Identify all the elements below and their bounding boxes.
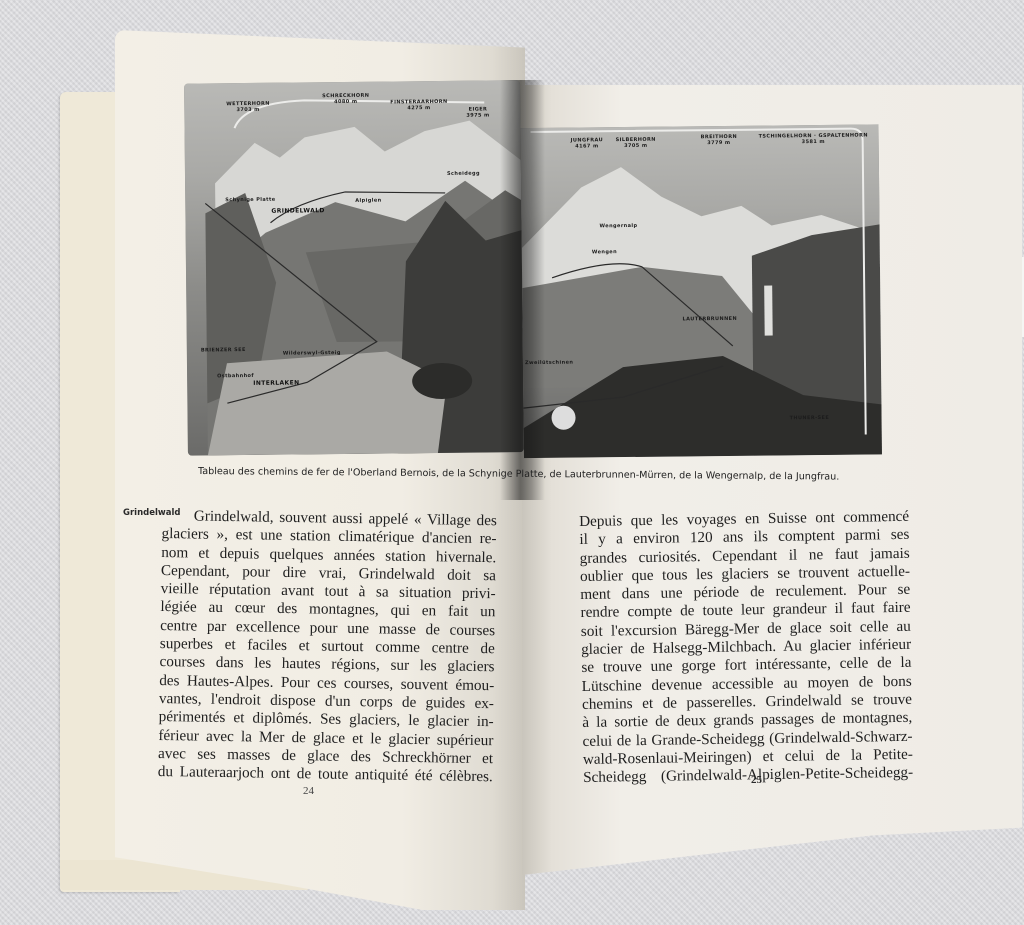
peak-label-jungfrau: JUNGFRAU4167 m [571,137,604,149]
peak-label-finsteraarhorn: FINSTERAARHORN4275 m [390,99,448,112]
peak-label-eiger: EIGER3975 m [466,106,489,118]
panorama-left-half: WETTERHORN3703 m SCHRECKHORN4080 m FINST… [184,80,524,455]
place-label-lauterbrunnen: LAUTERBRUNNEN [682,316,737,323]
peak-label-breithorn: BREITHORN3779 m [701,134,738,146]
left-page-body: Grindelwald, souvent aussi appelé « Vill… [158,507,497,787]
place-label-schynige-platte: Schynige Platte [225,197,275,204]
page-number-left: 24 [303,785,314,797]
peak-label-tschingelhorn: TSCHINGELHORN · GSPALTENHORN3581 m [759,132,868,145]
place-label-ostbahnhof: Ostbahnhof [217,373,254,379]
right-page-body: Depuis que les voyages en Suisse ont com… [579,508,913,788]
place-label-grindelwald: GRINDELWALD [271,208,324,215]
place-label-scheidegg: Scheidegg [447,171,480,177]
peak-label-wetterhorn: WETTERHORN3703 m [226,101,270,113]
panorama-right-half: JUNGFRAU4167 m SILBERHORN3705 m BREITHOR… [521,124,882,458]
place-label-interlaken: INTERLAKEN [253,380,299,386]
place-label-wengernalp: Wengernalp [600,223,638,229]
place-label-wilderswyl: Wilderswyl-Gsteig [283,350,341,357]
peak-label-schreckhorn: SCHRECKHORN4080 m [322,93,369,105]
mountains-left-drawing [184,80,524,455]
place-label-thuner-see: THUNER-SEE [790,415,830,421]
peak-label-silberhorn: SILBERHORN3705 m [616,137,656,149]
page-number-right: 25 [751,774,762,786]
mountains-right-drawing [521,124,882,458]
place-label-alpiglen: Alpiglen [355,198,381,204]
place-label-brienzer-see: BRIENZER SEE [201,347,246,353]
place-label-wengen: Wengen [592,249,617,255]
book-gutter-shadow [500,80,545,500]
